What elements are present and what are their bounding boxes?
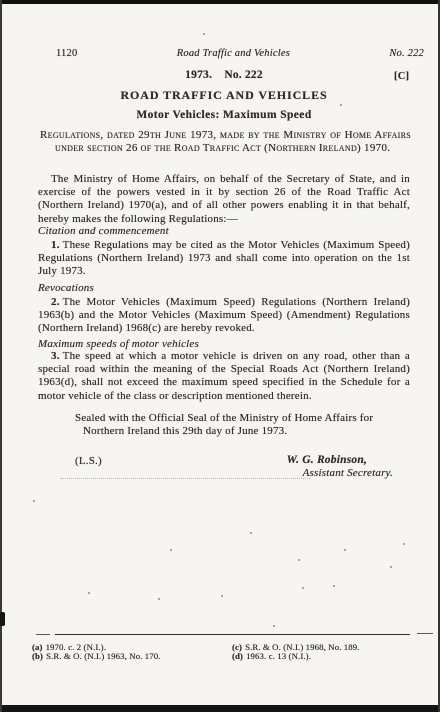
scan-noise-speck [33,500,35,502]
section-number: 2. [51,296,60,308]
scan-noise-speck [221,595,223,597]
section-paragraph-1: 1.These Regulations may be cited as the … [38,239,410,279]
corner-classification-mark: [C] [394,71,409,82]
section-paragraph-2: 2.The Motor Vehicles (Maximum Speed) Reg… [38,296,410,336]
footnote-rule [55,634,410,635]
scan-artifact-dotted-line [60,478,310,479]
section-paragraph-3: 3.The speed at which a motor vehicle is … [38,350,410,403]
scan-noise-speck [302,587,304,589]
scan-noise-speck [333,585,335,587]
section-text: The Motor Vehicles (Maximum Speed) Regul… [38,296,410,334]
scan-noise-speck [170,549,172,551]
intro-paragraph: The Ministry of Home Affairs, on behalf … [38,173,410,226]
locus-sigilli-mark: (L.S.) [75,455,102,467]
scan-noise-speck [340,104,342,106]
footnote-marker: (b) [32,651,43,661]
section-heading-maximum-speeds: Maximum speeds of motor vehicles [38,338,199,350]
scan-noise-speck [403,543,405,545]
footnote-d: (d)1963. c. 13 (N.I.). [232,652,422,661]
running-title: Road Traffic and Vehicles [177,48,290,59]
scan-noise-speck [203,33,205,35]
signatory-name: W. G. Robinson, [287,454,367,466]
scan-noise-speck [390,566,392,568]
scan-noise-speck [250,532,252,534]
scan-artifact-blob [0,612,5,626]
scanned-document-page: 1120 Road Traffic and Vehicles No. 222 1… [0,0,440,712]
footnote-text: 1963. c. 13 (N.I.). [246,651,311,661]
scan-noise-speck [158,598,160,600]
page-number: 1120 [56,48,77,59]
scan-noise-speck [273,625,275,627]
scan-edge-left [0,0,2,712]
section-number: 1. [51,239,60,251]
footnote-rule-left-dash [36,634,50,635]
signatory-title: Assistant Secretary. [303,467,393,479]
scan-noise-speck [298,559,300,561]
document-title: ROAD TRAFFIC AND VEHICLES [50,88,398,103]
section-text: These Regulations may be cited as the Mo… [38,239,410,277]
scan-edge-bottom [0,705,440,712]
section-heading-citation: Citation and commencement [38,225,169,237]
sealing-clause: Sealed with the Official Seal of the Min… [83,412,413,438]
footnotes-left-column: (a)1970. c. 2 (N.I.). (b)S.R. & O. (N.I.… [32,643,222,660]
running-issue-number: No. 222 [389,48,424,59]
running-header: 1120 Road Traffic and Vehicles No. 222 [56,48,424,59]
footnote-text: S.R. & O. (N.I.) 1963, No. 170. [46,651,161,661]
scan-noise-speck [88,592,90,594]
preamble-smallcaps: Regulations, dated 29th June 1973, made … [40,129,411,156]
section-heading-revocations: Revocations [38,282,94,294]
section-number: 3. [51,350,60,362]
scan-edge-top [0,0,440,4]
footnote-marker: (d) [232,651,243,661]
scan-noise-speck [344,549,346,551]
statute-number-line: 1973. No. 222 [50,69,398,81]
footnote-b: (b)S.R. & O. (N.I.) 1963, No. 170. [32,652,222,661]
document-subtitle: Motor Vehicles: Maximum Speed [50,109,398,121]
footnote-rule-right-dash [417,633,433,634]
footnotes-right-column: (c)S.R. & O. (N.I.) 1968, No. 189. (d)19… [232,643,422,660]
section-text: The speed at which a motor vehicle is dr… [38,350,410,402]
